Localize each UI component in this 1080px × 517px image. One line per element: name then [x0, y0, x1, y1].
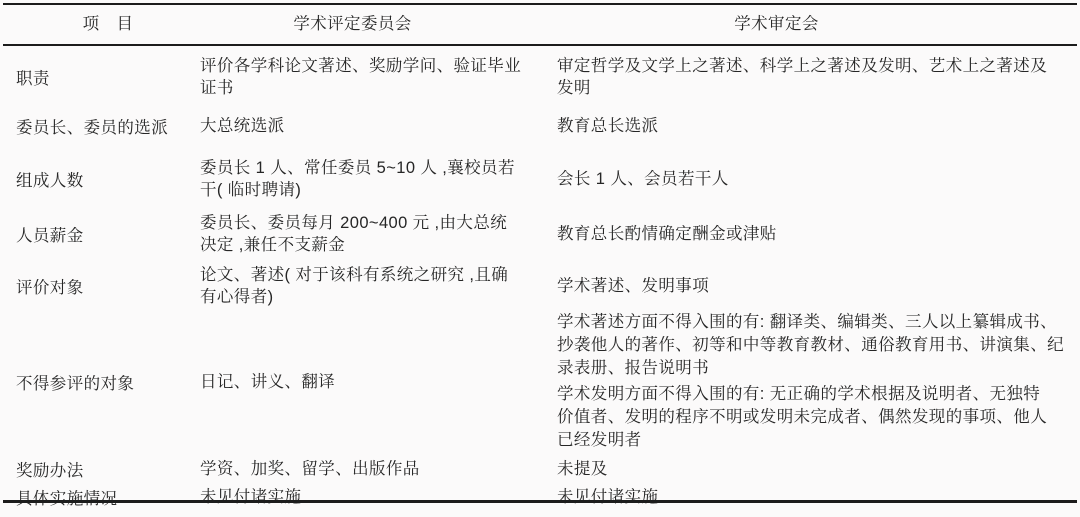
cell-evaluation-committee: 委员长、委员每月 200~400 元 ,由大总统 决定 ,兼任不支薪金 [200, 212, 557, 256]
column-header-evaluation-committee: 学术评定委员会 [174, 10, 531, 34]
cell-evaluation-committee: 委员长 1 人、常任委员 5~10 人 ,襄校员若 干( 临时聘请) [200, 157, 557, 201]
table-row-evaluation-targets: 评价对象 论文、著述( 对于该科有系统之研究 ,且确 有心得者) 学术著述、发明… [0, 264, 1080, 308]
row-label: 评价对象 [16, 274, 200, 298]
cell-line: 抄袭他人的著作、初等和中等教育教材、通俗教育用书、讲演集、纪 [557, 334, 1068, 357]
cell-evaluation-committee: 论文、著述( 对于该科有系统之研究 ,且确 有心得者) [200, 264, 557, 308]
cell-review-board: 未见付诸实施 [557, 486, 1068, 508]
cell-line: 证书 [200, 77, 557, 99]
cell-line: 学资、加奖、留学、出版作品 [200, 458, 557, 480]
cell-line: 学术发明方面不得入围的有: 无正确的学术根据及说明者、无独特 [557, 383, 1068, 406]
cell-line: 未见付诸实施 [200, 486, 557, 508]
table-header-row: 项 目 学术评定委员会 学术审定会 [0, 0, 1080, 44]
table-row-duties: 职责 评价各学科论文著述、奖励学问、验证毕业 证书 审定哲学及文学上之著述、科学… [0, 55, 1080, 99]
row-label: 人员薪金 [16, 222, 200, 246]
row-label: 委员长、委员的选派 [16, 114, 200, 138]
cell-line: 委员长 1 人、常任委员 5~10 人 ,襄校员若 [200, 157, 557, 179]
cell-evaluation-committee: 学资、加奖、留学、出版作品 [200, 458, 557, 480]
cell-line: 教育总长酌情确定酬金或津贴 [557, 223, 1068, 245]
cell-line: 有心得者) [200, 286, 557, 308]
cell-line: 未见付诸实施 [557, 486, 1068, 508]
cell-line: 会长 1 人、会员若干人 [557, 168, 1068, 190]
cell-line: 审定哲学及文学上之著述、科学上之著述及发明、艺术上之著述及 [557, 55, 1068, 77]
cell-review-board: 未提及 [557, 458, 1068, 480]
cell-review-board: 会长 1 人、会员若干人 [557, 168, 1068, 190]
table-row-excluded-targets: 不得参评的对象 日记、讲义、翻译 学术著述方面不得入围的有: 翻译类、编辑类、三… [0, 311, 1080, 452]
cell-line: 论文、著述( 对于该科有系统之研究 ,且确 [200, 264, 557, 286]
cell-line: 大总统选派 [200, 115, 557, 137]
cell-line: 录表册、报告说明书 [557, 357, 1068, 380]
cell-line: 干( 临时聘请) [200, 179, 557, 201]
column-header-item: 项 目 [16, 10, 200, 34]
table-row-implementation-status: 具体实施情况 未见付诸实施 未见付诸实施 [0, 485, 1080, 509]
cell-line: 发明 [557, 77, 1068, 99]
cell-line: 学术著述、发明事项 [557, 275, 1068, 297]
cell-line: 决定 ,兼任不支薪金 [200, 234, 557, 256]
table-row-appointment: 委员长、委员的选派 大总统选派 教育总长选派 [0, 114, 1080, 138]
column-header-review-board: 学术审定会 [521, 10, 1032, 34]
row-label: 具体实施情况 [16, 485, 200, 509]
cell-line: 日记、讲义、翻译 [200, 371, 557, 393]
cell-review-board: 教育总长选派 [557, 115, 1068, 137]
row-label: 职责 [16, 65, 200, 89]
row-label: 不得参评的对象 [16, 370, 200, 394]
cell-evaluation-committee: 日记、讲义、翻译 [200, 371, 557, 393]
table-header-rule [3, 44, 1077, 46]
cell-review-board: 学术著述方面不得入围的有: 翻译类、编辑类、三人以上纂辑成书、 抄袭他人的著作、… [557, 311, 1068, 452]
cell-line: 学术著述方面不得入围的有: 翻译类、编辑类、三人以上纂辑成书、 [557, 311, 1068, 334]
scanned-comparison-table: 项 目 学术评定委员会 学术审定会 职责 评价各学科论文著述、奖励学问、验证毕业… [0, 0, 1080, 517]
cell-line: 已经发明者 [557, 429, 1068, 452]
cell-line: 教育总长选派 [557, 115, 1068, 137]
table-bottom-rule [3, 500, 1077, 503]
cell-evaluation-committee: 评价各学科论文著述、奖励学问、验证毕业 证书 [200, 55, 557, 99]
table-row-reward-methods: 奖励办法 学资、加奖、留学、出版作品 未提及 [0, 457, 1080, 481]
row-label: 奖励办法 [16, 457, 200, 481]
cell-line: 未提及 [557, 458, 1068, 480]
cell-review-board: 教育总长酌情确定酬金或津贴 [557, 223, 1068, 245]
cell-review-board: 审定哲学及文学上之著述、科学上之著述及发明、艺术上之著述及 发明 [557, 55, 1068, 99]
table-row-composition: 组成人数 委员长 1 人、常任委员 5~10 人 ,襄校员若 干( 临时聘请) … [0, 157, 1080, 201]
cell-line: 价值者、发明的程序不明或发明未完成者、偶然发现的事项、他人 [557, 406, 1068, 429]
cell-line: 委员长、委员每月 200~400 元 ,由大总统 [200, 212, 557, 234]
row-label: 组成人数 [16, 167, 200, 191]
cell-evaluation-committee: 未见付诸实施 [200, 486, 557, 508]
cell-evaluation-committee: 大总统选派 [200, 115, 557, 137]
table-top-rule [3, 3, 1077, 5]
cell-review-board: 学术著述、发明事项 [557, 275, 1068, 297]
cell-line: 评价各学科论文著述、奖励学问、验证毕业 [200, 55, 557, 77]
table-row-salary: 人员薪金 委员长、委员每月 200~400 元 ,由大总统 决定 ,兼任不支薪金… [0, 212, 1080, 256]
